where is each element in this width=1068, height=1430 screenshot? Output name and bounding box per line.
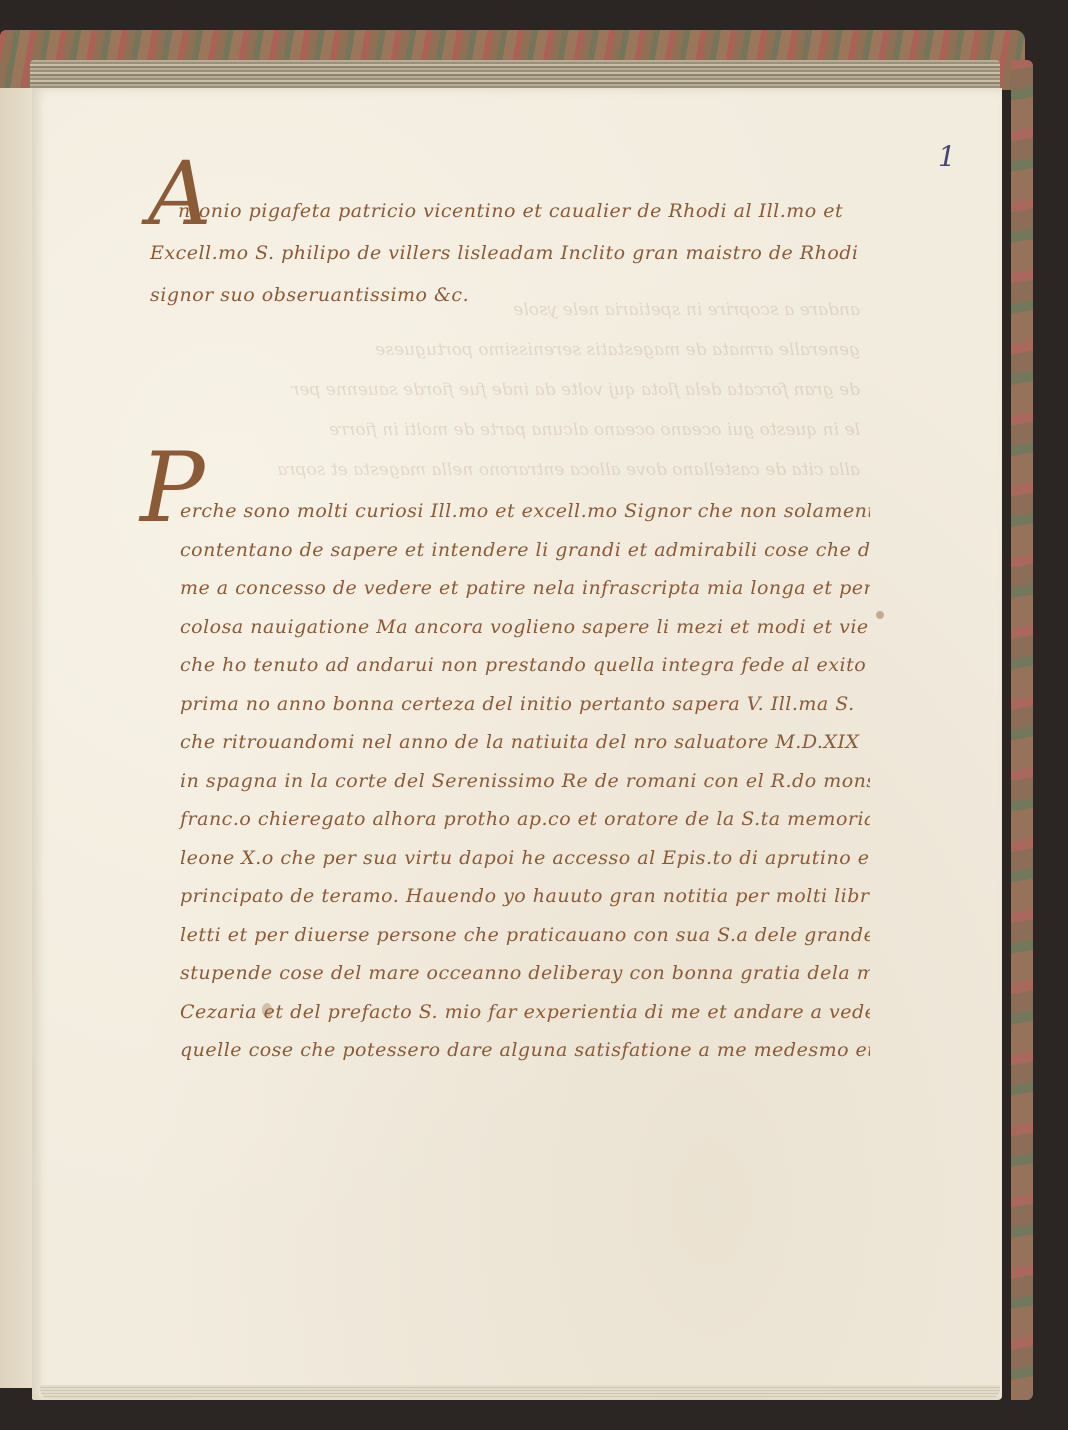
show-through-text: andare a scoprire in spetiaria nele ysol… xyxy=(170,290,860,490)
heading-line: Excell.mo S. philipo de villers lisleada… xyxy=(150,232,870,274)
body-text: erche sono molti curiosi Ill.mo et excel… xyxy=(150,492,870,1070)
body-line: stupende cose del mare occeanno delibera… xyxy=(150,954,870,993)
ink-dot xyxy=(876,611,884,619)
body-line: contentano de sapere et intendere li gra… xyxy=(150,531,870,570)
page-bottom-edges xyxy=(40,1385,1000,1399)
show-through-line: le in questo gui oceano oceano alcuna pa… xyxy=(170,410,860,450)
show-through-line: generalle armata de magestatis serenissi… xyxy=(170,330,860,370)
manuscript-scene: 1 andare a scoprire in spetiaria nele ys… xyxy=(0,0,1068,1430)
body-line: leone X.o che per sua virtu dapoi he acc… xyxy=(150,839,870,878)
body-line: Cezaria et del prefacto S. mio far exper… xyxy=(150,993,870,1032)
body-line: erche sono molti curiosi Ill.mo et excel… xyxy=(150,492,870,531)
body-line: quelle cose che potessero dare alguna sa… xyxy=(150,1031,870,1070)
body-line: in spagna in la corte del Serenissimo Re… xyxy=(150,762,870,801)
body-line: prima no anno bonna certeza del initio p… xyxy=(150,685,870,724)
body-line: che ritrouandomi nel anno de la natiuita… xyxy=(150,723,870,762)
marbled-board-right xyxy=(1011,60,1033,1400)
heading-line: ntonio pigafeta patricio vicentino et ca… xyxy=(150,190,870,232)
body-line: letti et per diuerse persone che pratica… xyxy=(150,916,870,955)
dedication-heading: ntonio pigafeta patricio vicentino et ca… xyxy=(150,190,870,316)
body-line: me a concesso de vedere et patire nela i… xyxy=(150,569,870,608)
body-line: franc.o chieregato alhora protho ap.co e… xyxy=(150,800,870,839)
show-through-line: de gran forcata dela flota quj volte da … xyxy=(170,370,860,410)
folio-number: 1 xyxy=(938,140,956,173)
body-line: che ho tenuto ad andarui non prestando q… xyxy=(150,646,870,685)
body-line: colosa nauigatione Ma ancora voglieno sa… xyxy=(150,608,870,647)
heading-line: signor suo obseruantissimo &c. xyxy=(150,274,870,316)
verso-page-edge xyxy=(0,88,33,1388)
body-line: principato de teramo. Hauendo yo hauuto … xyxy=(150,877,870,916)
show-through-line: alla cita de castellano dove alloca entr… xyxy=(170,450,860,490)
